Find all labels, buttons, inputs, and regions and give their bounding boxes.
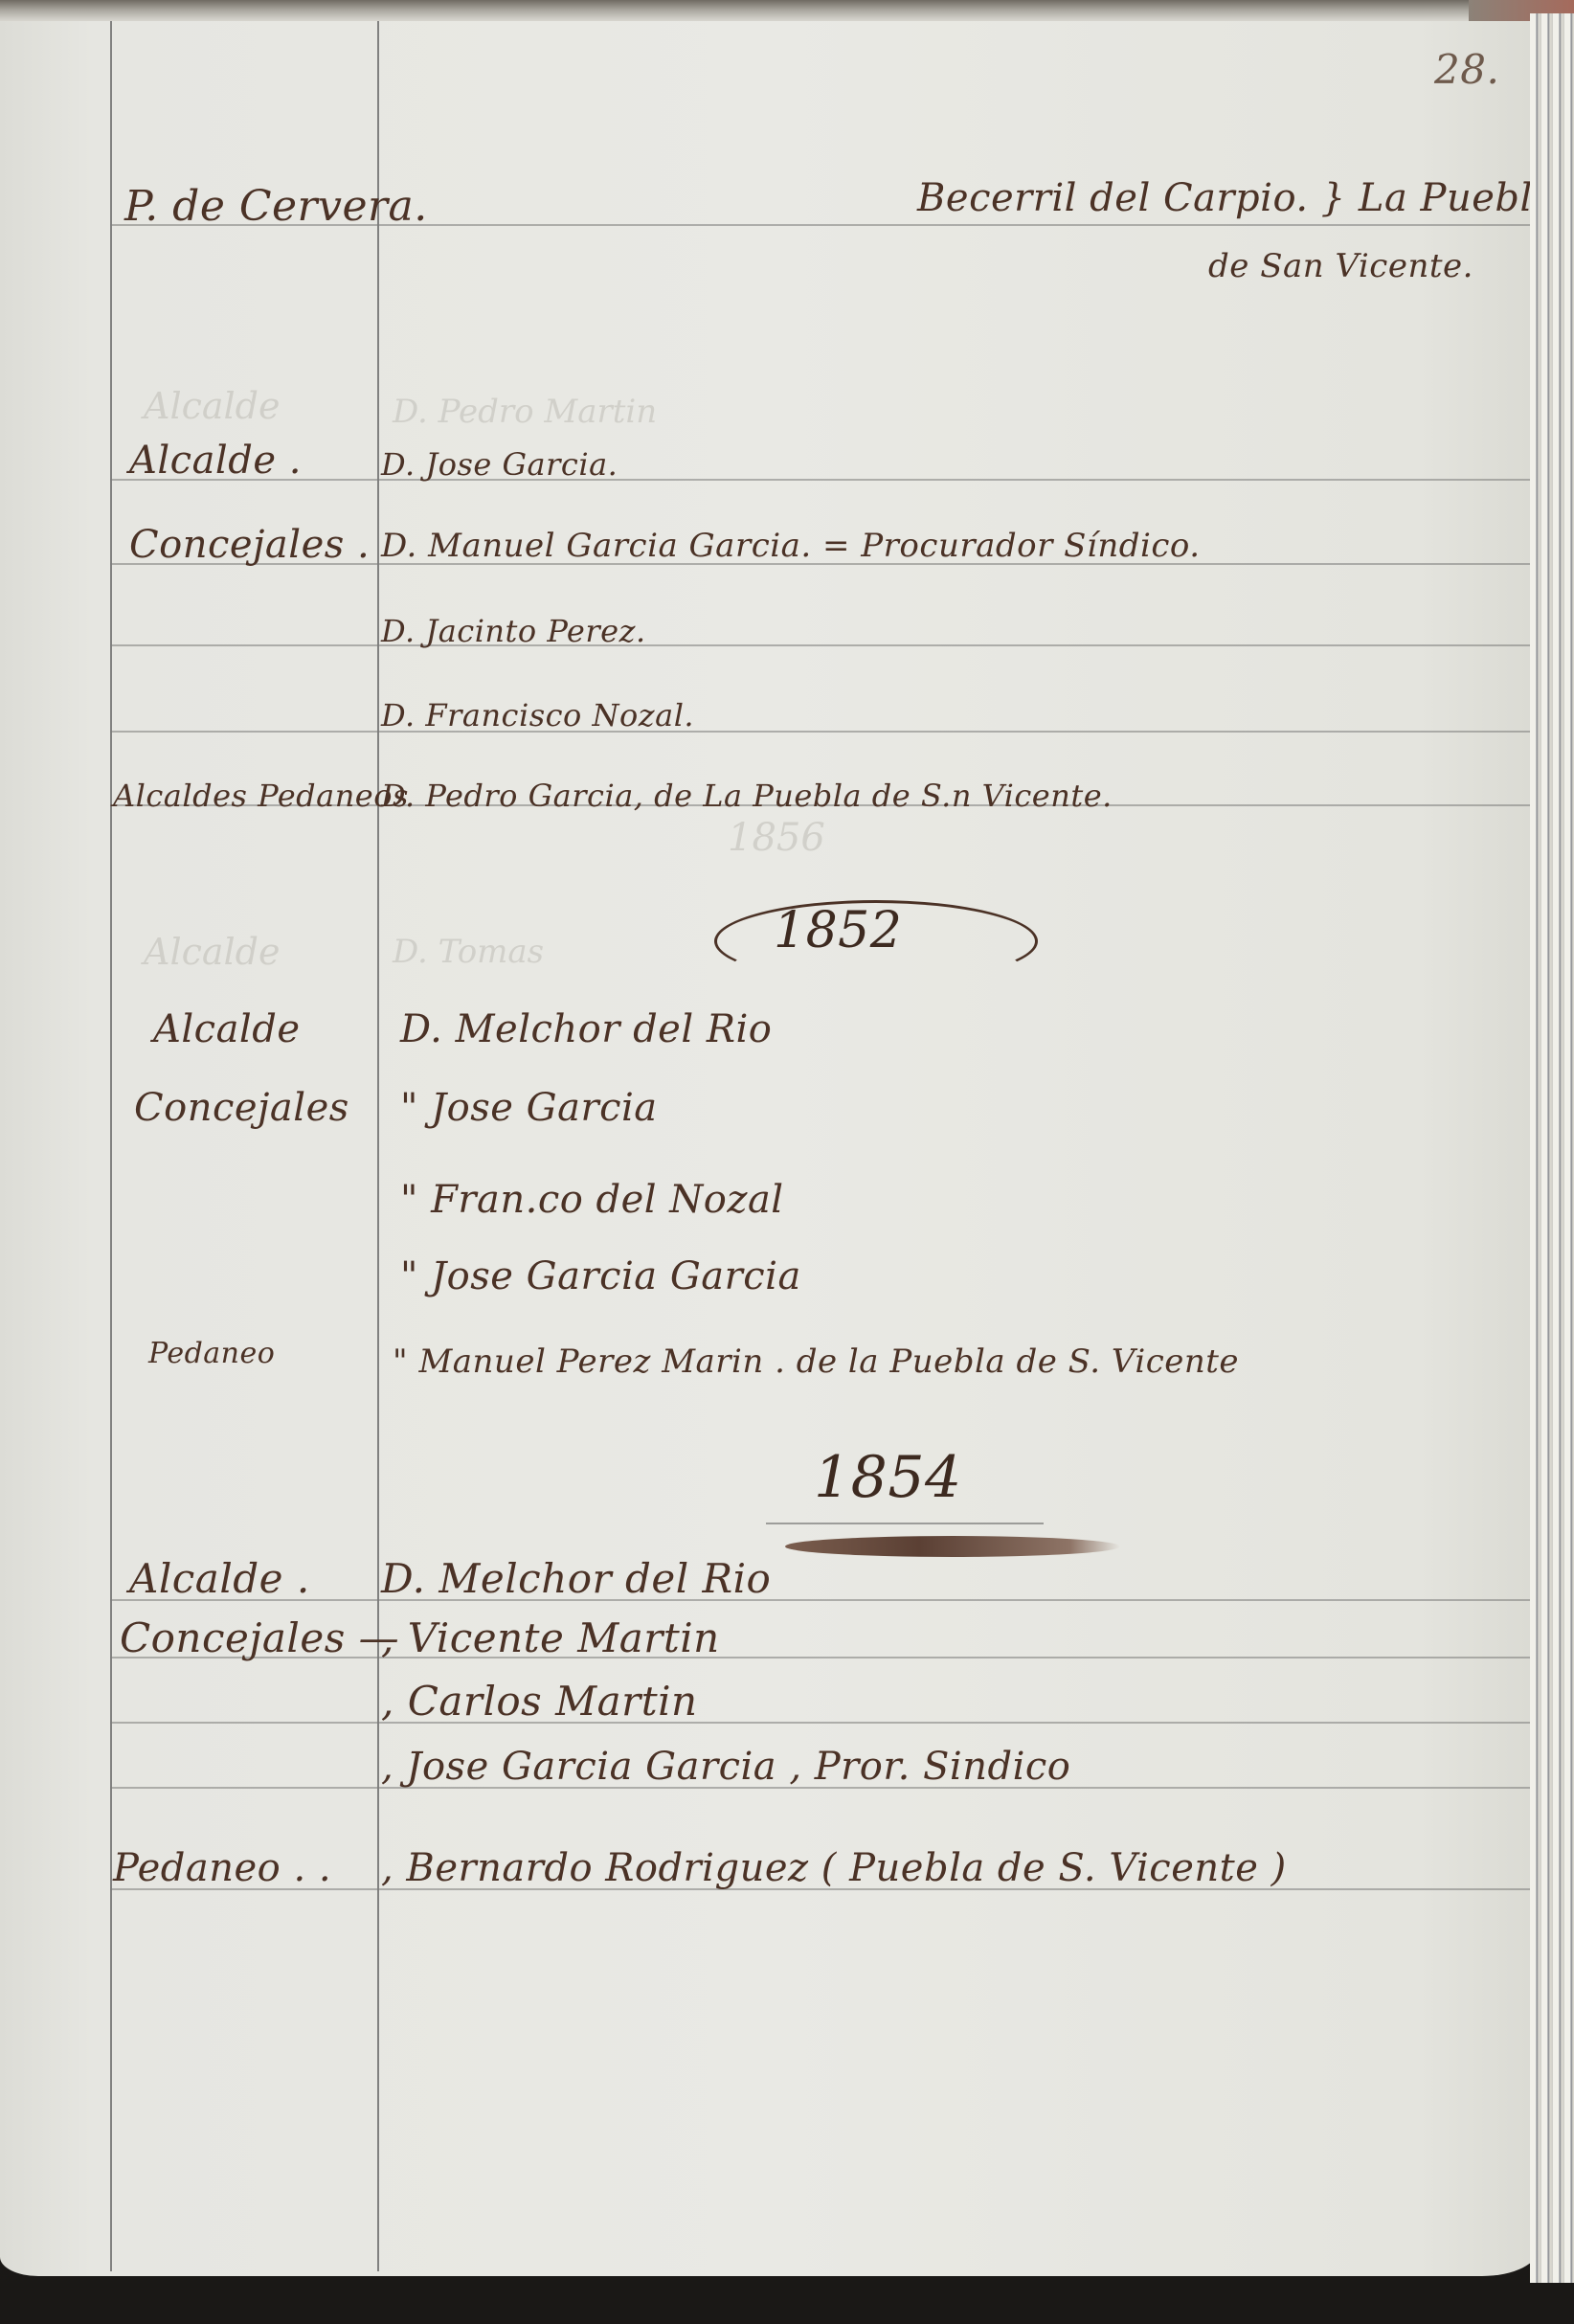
role-label: Alcalde . [129,1555,310,1602]
ruled-line [110,731,1531,733]
official-name: " Fran.co del Nozal [400,1178,784,1222]
bleedthrough-text: D. Tomas [393,933,544,971]
official-name: , Carlos Martin [381,1678,698,1725]
official-name: D. Melchor del Rio [381,1555,771,1602]
official-name: D. Manuel Garcia Garcia. = Procurador Sí… [381,527,1201,565]
ruled-line [110,1722,1531,1724]
official-name: " Manuel Perez Marin . de la Puebla de S… [393,1343,1239,1381]
bleedthrough-text: 1856 [728,816,825,860]
official-name: , Bernardo Rodriguez ( Puebla de S. Vice… [381,1846,1287,1890]
official-name: D. Pedro Garcia, de La Puebla de S.n Vic… [381,778,1113,814]
ruled-line [110,1599,1531,1601]
year-flourish [785,1536,1120,1557]
heading-right-line2: de San Vicente. [1208,247,1473,285]
year-heading: 1852 [774,902,902,959]
year-heading: 1854 [814,1444,962,1511]
role-label: Alcalde . [129,439,302,483]
bleedthrough-text: D. Pedro Martin [393,393,657,431]
official-name: D. Jacinto Perez. [381,613,646,649]
bleedthrough-text: Alcalde [144,931,281,973]
ruled-line [110,644,1531,646]
heading-right-line1: Becerril del Carpio. } La Puebla [917,176,1556,220]
role-label: Alcalde [153,1007,301,1051]
role-label: Concejales . [129,523,370,567]
official-name: , Jose Garcia Garcia , Pror. Sindico [381,1745,1070,1789]
column-rule-names [377,21,379,2271]
official-name: " Jose Garcia Garcia [400,1254,801,1298]
bleedthrough-text: Alcalde [144,385,281,427]
role-label: Pedaneo [148,1337,275,1370]
ruled-line [110,479,1531,481]
official-name: , Vicente Martin [381,1614,720,1661]
manuscript-page: Alcalde D. Pedro Martin Alcalde D. Tomas… [0,21,1540,2276]
role-label: Concejales [134,1086,349,1130]
official-name: " Jose Garcia [400,1086,658,1130]
page-number: 28. [1434,46,1499,93]
role-label: Concejales — [120,1614,399,1661]
book-fore-edge [1530,13,1574,2283]
role-label: Pedaneo . . [113,1846,331,1890]
year-underline [766,1523,1044,1524]
official-name: D. Francisco Nozal. [381,697,694,733]
official-name: D. Melchor del Rio [400,1007,772,1051]
role-label: Alcaldes Pedaneos [113,778,409,814]
official-name: D. Jose Garcia. [381,446,618,483]
heading-left: P. de Cervera. [124,182,428,231]
margin-rule-left [110,21,112,2271]
